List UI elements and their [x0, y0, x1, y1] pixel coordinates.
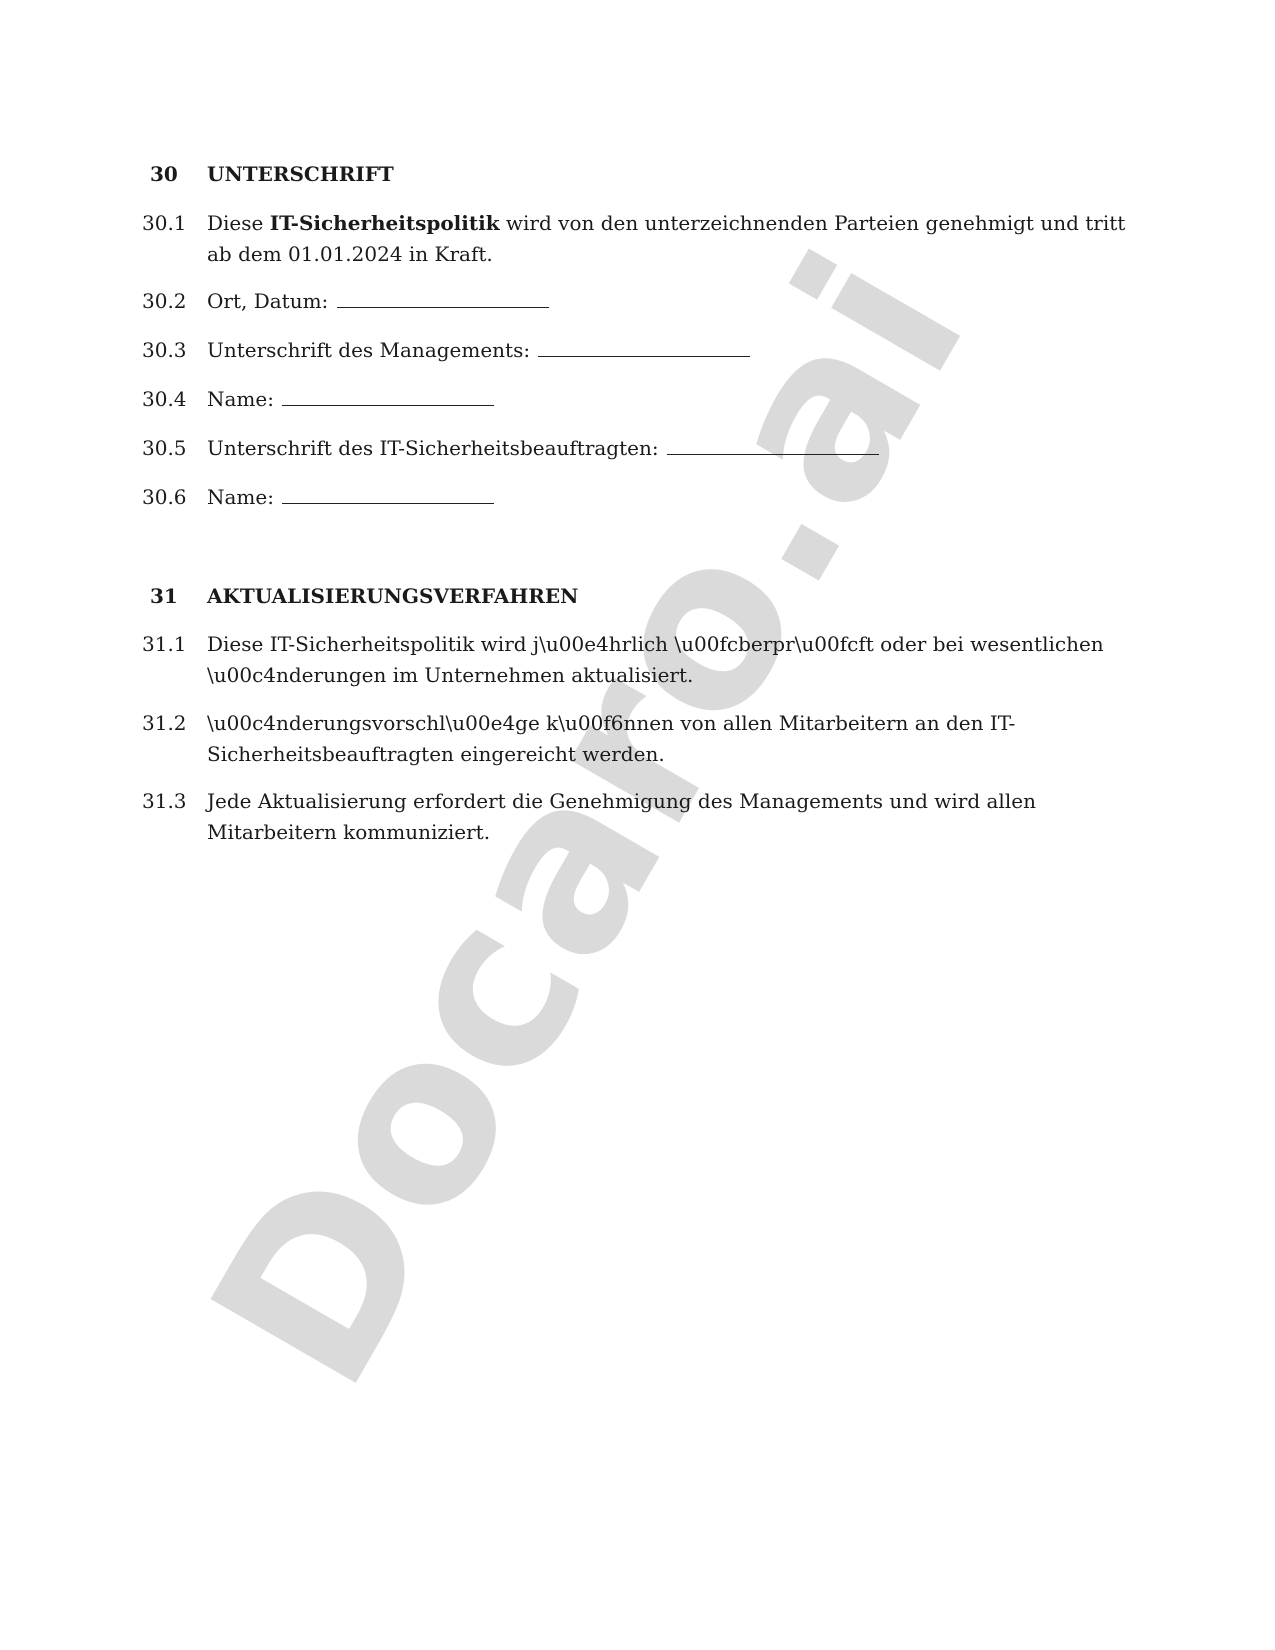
clause-number: 31.3 — [142, 786, 187, 817]
clause-text: \u00c4nderungsvorschl\u00e4ge k\u00f6nne… — [207, 708, 1142, 770]
signature-line-security-officer[interactable] — [667, 453, 879, 455]
field-label: Unterschrift des Managements: — [207, 338, 530, 362]
name-line-management[interactable] — [282, 404, 494, 406]
name-line-security-officer[interactable] — [282, 502, 494, 504]
clause-number: 30.3 — [142, 335, 187, 366]
section-number: 31 — [150, 584, 178, 608]
field-label: Ort, Datum: — [207, 289, 328, 313]
section-title: AKTUALISIERUNGSVERFAHREN — [207, 584, 578, 608]
field-label: Name: — [207, 387, 274, 411]
document-page: Docaro.ai 30 UNTERSCHRIFT 30.1 Diese IT-… — [0, 0, 1275, 1650]
clause-number: 30.6 — [142, 482, 187, 513]
signature-line-ort-datum[interactable] — [337, 306, 549, 308]
clause-number: 30.5 — [142, 433, 187, 464]
clause-text: Jede Aktualisierung erfordert die Genehm… — [207, 786, 1142, 848]
policy-name: IT-Sicherheitspolitik — [270, 211, 500, 235]
clause-text: Name: — [207, 384, 1142, 415]
field-label: Name: — [207, 485, 274, 509]
clause-text-part: Diese — [207, 211, 270, 235]
clause-number: 31.2 — [142, 708, 187, 739]
clause-number: 30.1 — [142, 208, 187, 239]
clause-text: Unterschrift des IT-Sicherheitsbeauftrag… — [207, 433, 1142, 464]
clause-text: Diese IT-Sicherheitspolitik wird von den… — [207, 208, 1142, 270]
clause-text: Name: — [207, 482, 1142, 513]
field-label: Unterschrift des IT-Sicherheitsbeauftrag… — [207, 436, 659, 460]
signature-line-management[interactable] — [538, 355, 750, 357]
clause-text: Unterschrift des Managements: — [207, 335, 1142, 366]
clause-text: Ort, Datum: — [207, 286, 1142, 317]
clause-text: Diese IT-Sicherheitspolitik wird j\u00e4… — [207, 629, 1142, 691]
clause-number: 30.4 — [142, 384, 187, 415]
clause-number: 31.1 — [142, 629, 187, 660]
section-title: UNTERSCHRIFT — [207, 162, 394, 186]
section-number: 30 — [150, 162, 178, 186]
clause-number: 30.2 — [142, 286, 187, 317]
